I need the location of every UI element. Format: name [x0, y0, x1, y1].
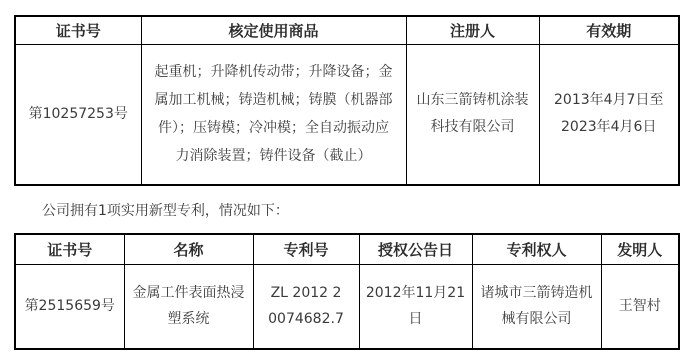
patent-header-inventor: 发明人	[601, 234, 679, 264]
patent-cell-patentee: 诸城市三箭铸造机械有限公司	[472, 264, 601, 349]
trademark-header-validity: 有效期	[539, 16, 679, 44]
patent-cell-certificate-no: 第2515659号	[15, 264, 124, 349]
patent-header-name: 名称	[124, 234, 253, 264]
trademark-table: 证书号 核定使用商品 注册人 有效期 第10257253号 起重机；升降机传动带…	[14, 15, 680, 186]
trademark-table-row: 第10257253号 起重机；升降机传动带；升降设备；金属加工机械；铸造机械；铸…	[15, 44, 679, 185]
patent-header-patentee: 专利权人	[472, 234, 601, 264]
patent-table-header-row: 证书号 名称 专利号 授权公告日 专利权人 发明人	[15, 234, 679, 264]
patent-cell-name: 金属工件表面热浸塑系统	[124, 264, 253, 349]
trademark-cell-certificate-no: 第10257253号	[15, 44, 141, 185]
document-page: 证书号 核定使用商品 注册人 有效期 第10257253号 起重机；升降机传动带…	[0, 0, 696, 360]
patent-cell-grant-date: 2012年11月21日	[359, 264, 472, 349]
patent-intro-paragraph: 公司拥有1项实用新型专利，情况如下：	[14, 201, 678, 221]
trademark-header-certificate-no: 证书号	[15, 16, 141, 44]
patent-header-certificate-no: 证书号	[15, 234, 124, 264]
trademark-header-approved-goods: 核定使用商品	[141, 16, 406, 44]
trademark-cell-validity: 2013年4月7日至2023年4月6日	[539, 44, 679, 185]
patent-header-grant-date: 授权公告日	[359, 234, 472, 264]
trademark-table-header-row: 证书号 核定使用商品 注册人 有效期	[15, 16, 679, 44]
trademark-header-registrant: 注册人	[406, 16, 539, 44]
patent-table: 证书号 名称 专利号 授权公告日 专利权人 发明人 第2515659号 金属工件…	[14, 233, 680, 350]
patent-cell-patent-no: ZL 2012 2 0074682.7	[253, 264, 359, 349]
patent-header-patent-no: 专利号	[253, 234, 359, 264]
patent-table-row: 第2515659号 金属工件表面热浸塑系统 ZL 2012 2 0074682.…	[15, 264, 679, 349]
patent-cell-inventor: 王智村	[601, 264, 679, 349]
trademark-cell-registrant: 山东三箭铸机涂装科技有限公司	[406, 44, 539, 185]
trademark-cell-approved-goods: 起重机；升降机传动带；升降设备；金属加工机械；铸造机械；铸膜（机器部件）；压铸模…	[141, 44, 406, 185]
